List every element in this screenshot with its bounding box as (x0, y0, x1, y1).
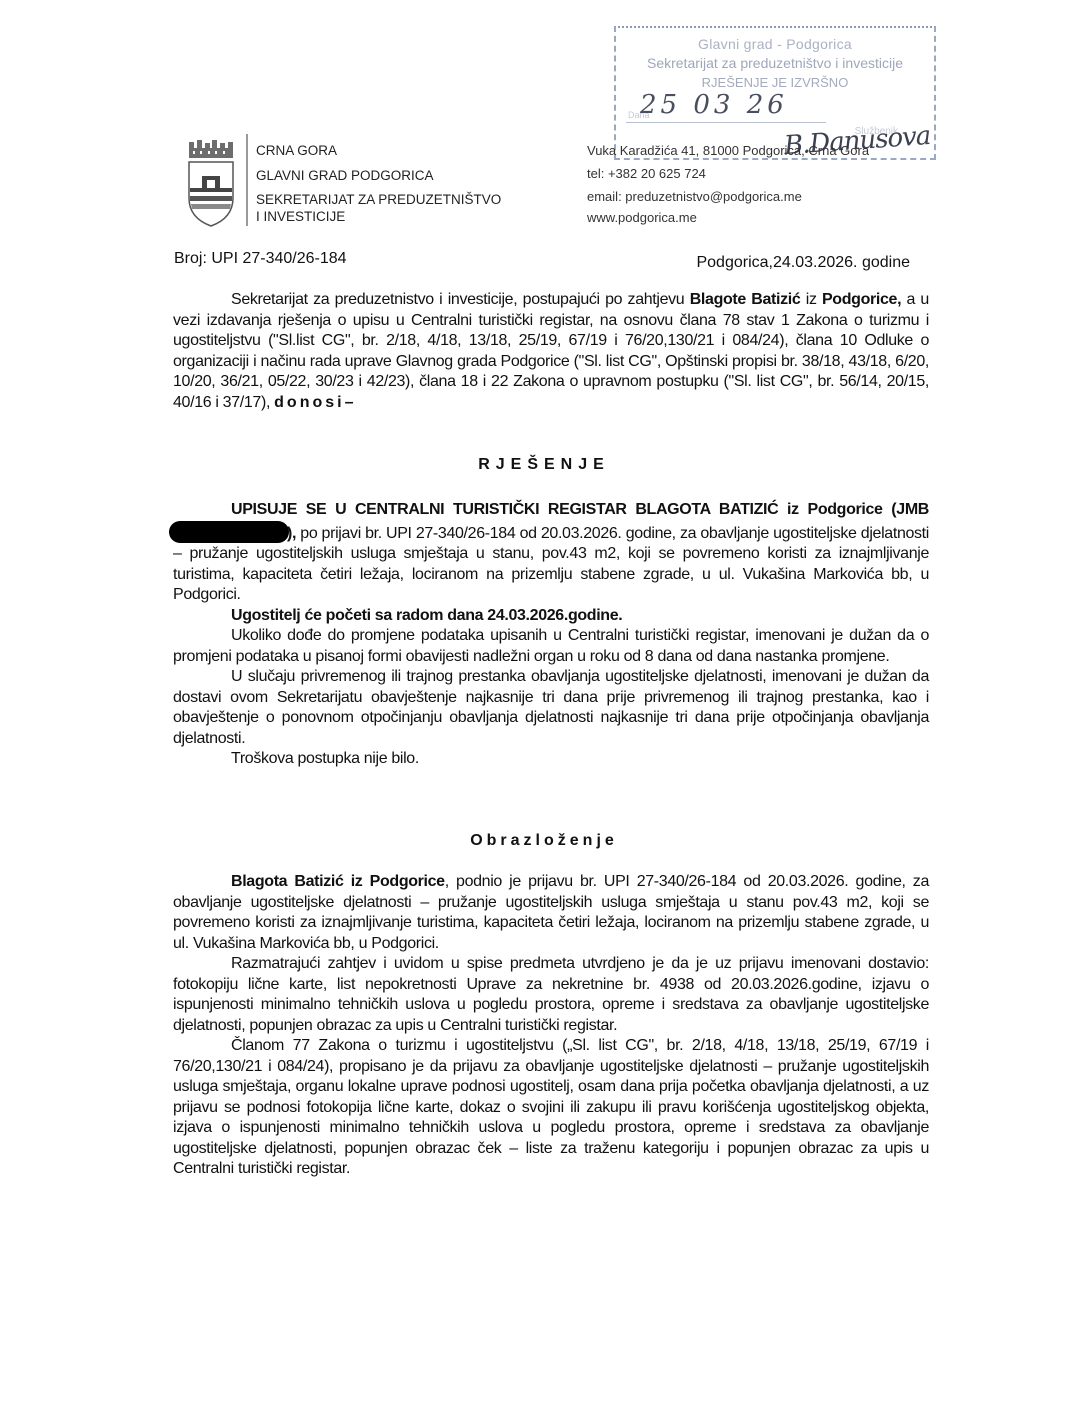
decision-start-date: Ugostitelj će početi sa radom dana 24.03… (173, 606, 929, 627)
coat-of-arms-icon (186, 140, 236, 228)
org-department-line1: SEKRETARIJAT ZA PREDUZETNIŠTVO (256, 191, 501, 208)
decision-city-jmb: Podgorice (JMB (808, 501, 930, 518)
contact-address: Vuka Karadžića 41, 81000 Podgorica, Crna… (587, 142, 869, 159)
stamp-date-line (626, 122, 826, 123)
organization-block: CRNA GORA GLAVNI GRAD PODGORICA SEKRETAR… (256, 142, 501, 225)
applicant-name: Blagote Batizić (690, 291, 801, 308)
org-country: CRNA GORA (256, 142, 501, 159)
reasoning-body: Blagota Batizić iz Podgorice, podnio je … (173, 872, 929, 1180)
contact-website: www.podgorica.me (587, 209, 869, 226)
preamble-text: Sekretarijat za preduzetnistvo i investi… (231, 291, 690, 308)
header-divider (246, 134, 248, 226)
decision-costs: Troškova postupka nije bilo. (173, 749, 929, 770)
redacted-jmb (169, 521, 289, 543)
reasoning-title: Obrazloženje (0, 832, 1088, 850)
reasoning-applicant: Blagota Batizić iz Podgorice (231, 873, 445, 890)
reference-number: Broj: UPI 27-340/26-184 (174, 250, 347, 268)
execution-stamp: Glavni grad - Podgorica Sekretarijat za … (614, 26, 936, 160)
stamp-authority: Glavni grad - Podgorica (616, 36, 934, 52)
preamble-donosi: donosi– (274, 394, 356, 411)
decision-text: iz (778, 501, 807, 518)
decision-text: ), (287, 525, 296, 542)
preamble: Sekretarijat za preduzetnistvo i investi… (173, 290, 929, 413)
reasoning-documents: Razmatrajući zahtjev i uvidom u spise pr… (173, 954, 929, 1036)
contact-block: Vuka Karadžića 41, 81000 Podgorica, Crna… (587, 142, 869, 226)
decision-registration: UPISUJE SE U CENTRALNI TURISTIČKI REGIST… (231, 501, 778, 518)
preamble-text: iz (800, 291, 822, 308)
stamp-department: Sekretarijat za preduzetništvo i investi… (616, 55, 934, 71)
decision-termination-notice: U slučaju privremenog ili trajnog presta… (173, 667, 929, 749)
document-page: Glavni grad - Podgorica Sekretarijat za … (0, 0, 1088, 1408)
stamp-handwritten-date: 25 03 26 (640, 90, 788, 120)
decision-change-notice: Ukoliko dođe do promjene podataka upisan… (173, 626, 929, 667)
contact-email: email: preduzetnistvo@podgorica.me (587, 188, 869, 205)
contact-phone: tel: +382 20 625 724 (587, 165, 869, 182)
decision-body: UPISUJE SE U CENTRALNI TURISTIČKI REGIST… (173, 500, 929, 770)
place-and-date: Podgorica,24.03.2026. godine (696, 254, 910, 272)
stamp-status: RJEŠENJE JE IZVRŠNO (616, 75, 934, 90)
decision-title: RJEŠENJE (0, 456, 1088, 474)
applicant-city: Podgorice, (822, 291, 901, 308)
reasoning-legal-basis: Članom 77 Zakona o turizmu i ugostiteljs… (173, 1036, 929, 1180)
org-department-line2: I INVESTICIJE (256, 208, 501, 225)
org-city: GLAVNI GRAD PODGORICA (256, 167, 501, 184)
